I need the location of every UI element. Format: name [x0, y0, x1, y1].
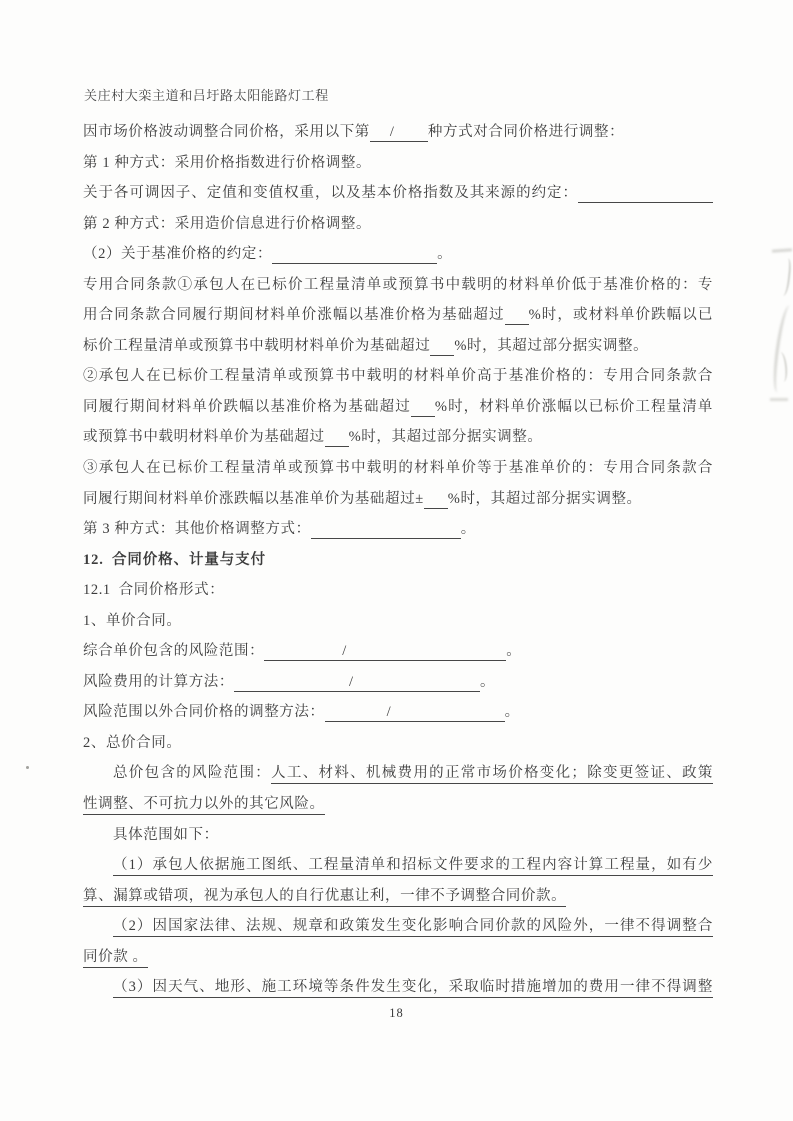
paragraph-line: （2）关于基准价格的约定： 。 — [83, 239, 713, 270]
text-run: 第 1 种方式：采用价格指数进行价格调整。 — [83, 155, 371, 171]
underlined-text: 性调整、不可抗力以外的其它风险。 — [83, 796, 325, 815]
text-run: 同履行期间材料单价涨跌幅以基准单价为基础超过± — [83, 491, 424, 507]
blank-field — [234, 673, 349, 692]
text-run: 12. 合同价格、计量与支付 — [83, 552, 266, 568]
text-run: 风险范围以外合同价格的调整方法： — [83, 704, 325, 720]
blank-field — [411, 398, 435, 417]
paragraph-line: 关于各可调因子、定值和变值权重，以及基本价格指数及其来源的约定： ； — [83, 178, 713, 209]
text-run: 用合同条款合同履行期间材料单价涨幅以基准价格为基础超过 — [83, 307, 505, 323]
underlined-text: 同价款 。 — [83, 949, 148, 968]
blank-field: / — [342, 642, 358, 661]
document-header-title: 关庄村大栾主道和吕圩路太阳能路灯工程 — [84, 85, 329, 104]
paragraph-line: 专用合同条款①承包人在已标价工程量清单或预算书中载明的材料单价低于基准价格的：专 — [83, 270, 713, 301]
text-run: 或预算书中载明材料单价为基础超过 — [83, 429, 325, 445]
text-run: %时，其超过部分据实调整。 — [454, 338, 648, 354]
underlined-text: 算、漏算或错项，视为承包人的自行优惠让利，一律不予调整合同价款。 — [83, 888, 566, 907]
text-run: 因市场价格波动调整合同价格，采用以下第 — [83, 124, 370, 140]
blank-field: / — [390, 123, 406, 142]
blank-field: / — [387, 703, 403, 722]
blank-field — [403, 703, 505, 722]
scan-artifact — [775, 352, 788, 383]
text-run: 。 — [506, 643, 521, 659]
text-run: ②承包人在已标价工程量清单或预算书中载明的材料单价高于基准价格的：专用合同条款合 — [83, 368, 713, 384]
text-run: 种方式对合同价格进行调整： — [428, 124, 624, 140]
text-run: 风险费用的计算方法： — [83, 674, 234, 690]
blank-field — [406, 123, 428, 142]
paragraph-line: 风险范围以外合同价格的调整方法： / 。 — [83, 697, 713, 728]
underlined-text: （3）因天气、地形、施工环境等条件发生变化，采取临时措施增加的费用一律不得调整 — [113, 979, 713, 998]
text-run: 第 2 种方式：采用造价信息进行价格调整。 — [83, 216, 371, 232]
paragraph-line: 性调整、不可抗力以外的其它风险。 — [83, 789, 713, 820]
text-run: 2、总价合同。 — [83, 735, 181, 751]
blank-field — [325, 703, 387, 722]
paragraph-line: ③承包人在已标价工程量清单或预算书中载明的材料单价等于基准单价的：专用合同条款合 — [83, 453, 713, 484]
text-run: 12.1 合同价格形式： — [83, 582, 224, 598]
paragraph-line: ②承包人在已标价工程量清单或预算书中载明的材料单价高于基准价格的：专用合同条款合 — [83, 361, 713, 392]
paragraph-line: 2、总价合同。 — [83, 728, 713, 759]
blank-field — [365, 673, 480, 692]
blank-field — [264, 642, 342, 661]
text-run: %时，或材料单价跌幅以已 — [529, 307, 713, 323]
blank-field — [578, 184, 713, 203]
text-run: 。 — [480, 674, 495, 690]
scan-artifact — [770, 398, 788, 401]
paragraph-line: （1）承包人依据施工图纸、工程量清单和招标文件要求的工程内容计算工程量，如有少 — [83, 850, 713, 881]
document-page: 关庄村大栾主道和吕圩路太阳能路灯工程 因市场价格波动调整合同价格，采用以下第 /… — [0, 0, 793, 1121]
text-run: 具体范围如下： — [113, 827, 219, 843]
text-run: （2）关于基准价格的约定： — [83, 246, 272, 262]
paragraph-line: 12. 合同价格、计量与支付 — [83, 545, 713, 576]
paragraph-line: 第 1 种方式：采用价格指数进行价格调整。 — [83, 148, 713, 179]
text-run: 。 — [461, 521, 476, 537]
page-number: 18 — [0, 1006, 793, 1021]
text-run: %时，其超过部分据实调整。 — [349, 429, 543, 445]
paragraph-line: 算、漏算或错项，视为承包人的自行优惠让利，一律不予调整合同价款。 — [83, 881, 713, 912]
text-run: 综合单价包含的风险范围： — [83, 643, 264, 659]
text-run: 总价包含的风险范围： — [113, 765, 271, 781]
text-run: 同履行期间材料单价跌幅以基准价格为基础超过 — [83, 399, 411, 415]
blank-field — [430, 337, 454, 356]
text-run: ③承包人在已标价工程量清单或预算书中载明的材料单价等于基准单价的：专用合同条款合 — [83, 460, 713, 476]
text-run: %时，其超过部分据实调整。 — [448, 491, 642, 507]
scan-dot-artifact — [26, 766, 29, 769]
blank-field — [358, 642, 506, 661]
paragraph-line: （2）因国家法律、法规、规章和政策发生变化影响合同价款的风险外，一律不得调整合 — [83, 911, 713, 942]
scan-artifact — [777, 258, 792, 297]
paragraph-line: 同履行期间材料单价涨跌幅以基准单价为基础超过± %时，其超过部分据实调整。 — [83, 484, 713, 515]
text-run: %时，材料单价涨幅以已标价工程量清单 — [435, 399, 713, 415]
underlined-text: （1）承包人依据施工图纸、工程量清单和招标文件要求的工程内容计算工程量，如有少 — [113, 857, 713, 876]
scan-artifact — [772, 248, 792, 252]
text-run: 标价工程量清单或预算书中载明材料单价为基础超过 — [83, 338, 430, 354]
blank-field — [272, 245, 437, 264]
paragraph-line: 同履行期间材料单价跌幅以基准价格为基础超过 %时，材料单价涨幅以已标价工程量清单 — [83, 392, 713, 423]
underlined-text: 人工、材料、机械费用的正常市场价格变化；除变更签证、政策 — [271, 765, 713, 784]
text-run: 关于各可调因子、定值和变值权重，以及基本价格指数及其来源的约定： — [83, 185, 578, 201]
blank-field — [311, 520, 461, 539]
underlined-text: （2）因国家法律、法规、规章和政策发生变化影响合同价款的风险外，一律不得调整合 — [113, 918, 713, 937]
text-run: 。 — [437, 246, 452, 262]
blank-field — [424, 490, 448, 509]
paragraph-line: 风险费用的计算方法： / 。 — [83, 667, 713, 698]
document-body: 因市场价格波动调整合同价格，采用以下第 / 种方式对合同价格进行调整：第 1 种… — [83, 117, 713, 1003]
text-run: 。 — [505, 704, 520, 720]
paragraph-line: 因市场价格波动调整合同价格，采用以下第 / 种方式对合同价格进行调整： — [83, 117, 713, 148]
paragraph-line: 第 2 种方式：采用造价信息进行价格调整。 — [83, 209, 713, 240]
paragraph-line: 综合单价包含的风险范围： / 。 — [83, 636, 713, 667]
blank-field: / — [349, 673, 365, 692]
paragraph-line: 同价款 。 — [83, 942, 713, 973]
scan-artifact — [770, 304, 793, 393]
paragraph-line: 总价包含的风险范围：人工、材料、机械费用的正常市场价格变化；除变更签证、政策 — [83, 758, 713, 789]
blank-field — [505, 306, 529, 325]
paragraph-line: 用合同条款合同履行期间材料单价涨幅以基准价格为基础超过 %时，或材料单价跌幅以已 — [83, 300, 713, 331]
paragraph-line: 或预算书中载明材料单价为基础超过 %时，其超过部分据实调整。 — [83, 422, 713, 453]
text-run: 第 3 种方式：其他价格调整方式： — [83, 521, 311, 537]
paragraph-line: 标价工程量清单或预算书中载明材料单价为基础超过 %时，其超过部分据实调整。 — [83, 331, 713, 362]
text-run: 1、单价合同。 — [83, 613, 181, 629]
paragraph-line: 第 3 种方式：其他价格调整方式： 。 — [83, 514, 713, 545]
blank-field — [370, 123, 390, 142]
blank-field — [325, 428, 349, 447]
text-run: 专用合同条款①承包人在已标价工程量清单或预算书中载明的材料单价低于基准价格的：专 — [83, 277, 713, 293]
paragraph-line: （3）因天气、地形、施工环境等条件发生变化，采取临时措施增加的费用一律不得调整 — [83, 972, 713, 1003]
paragraph-line: 12.1 合同价格形式： — [83, 575, 713, 606]
paragraph-line: 1、单价合同。 — [83, 606, 713, 637]
paragraph-line: 具体范围如下： — [83, 820, 713, 851]
